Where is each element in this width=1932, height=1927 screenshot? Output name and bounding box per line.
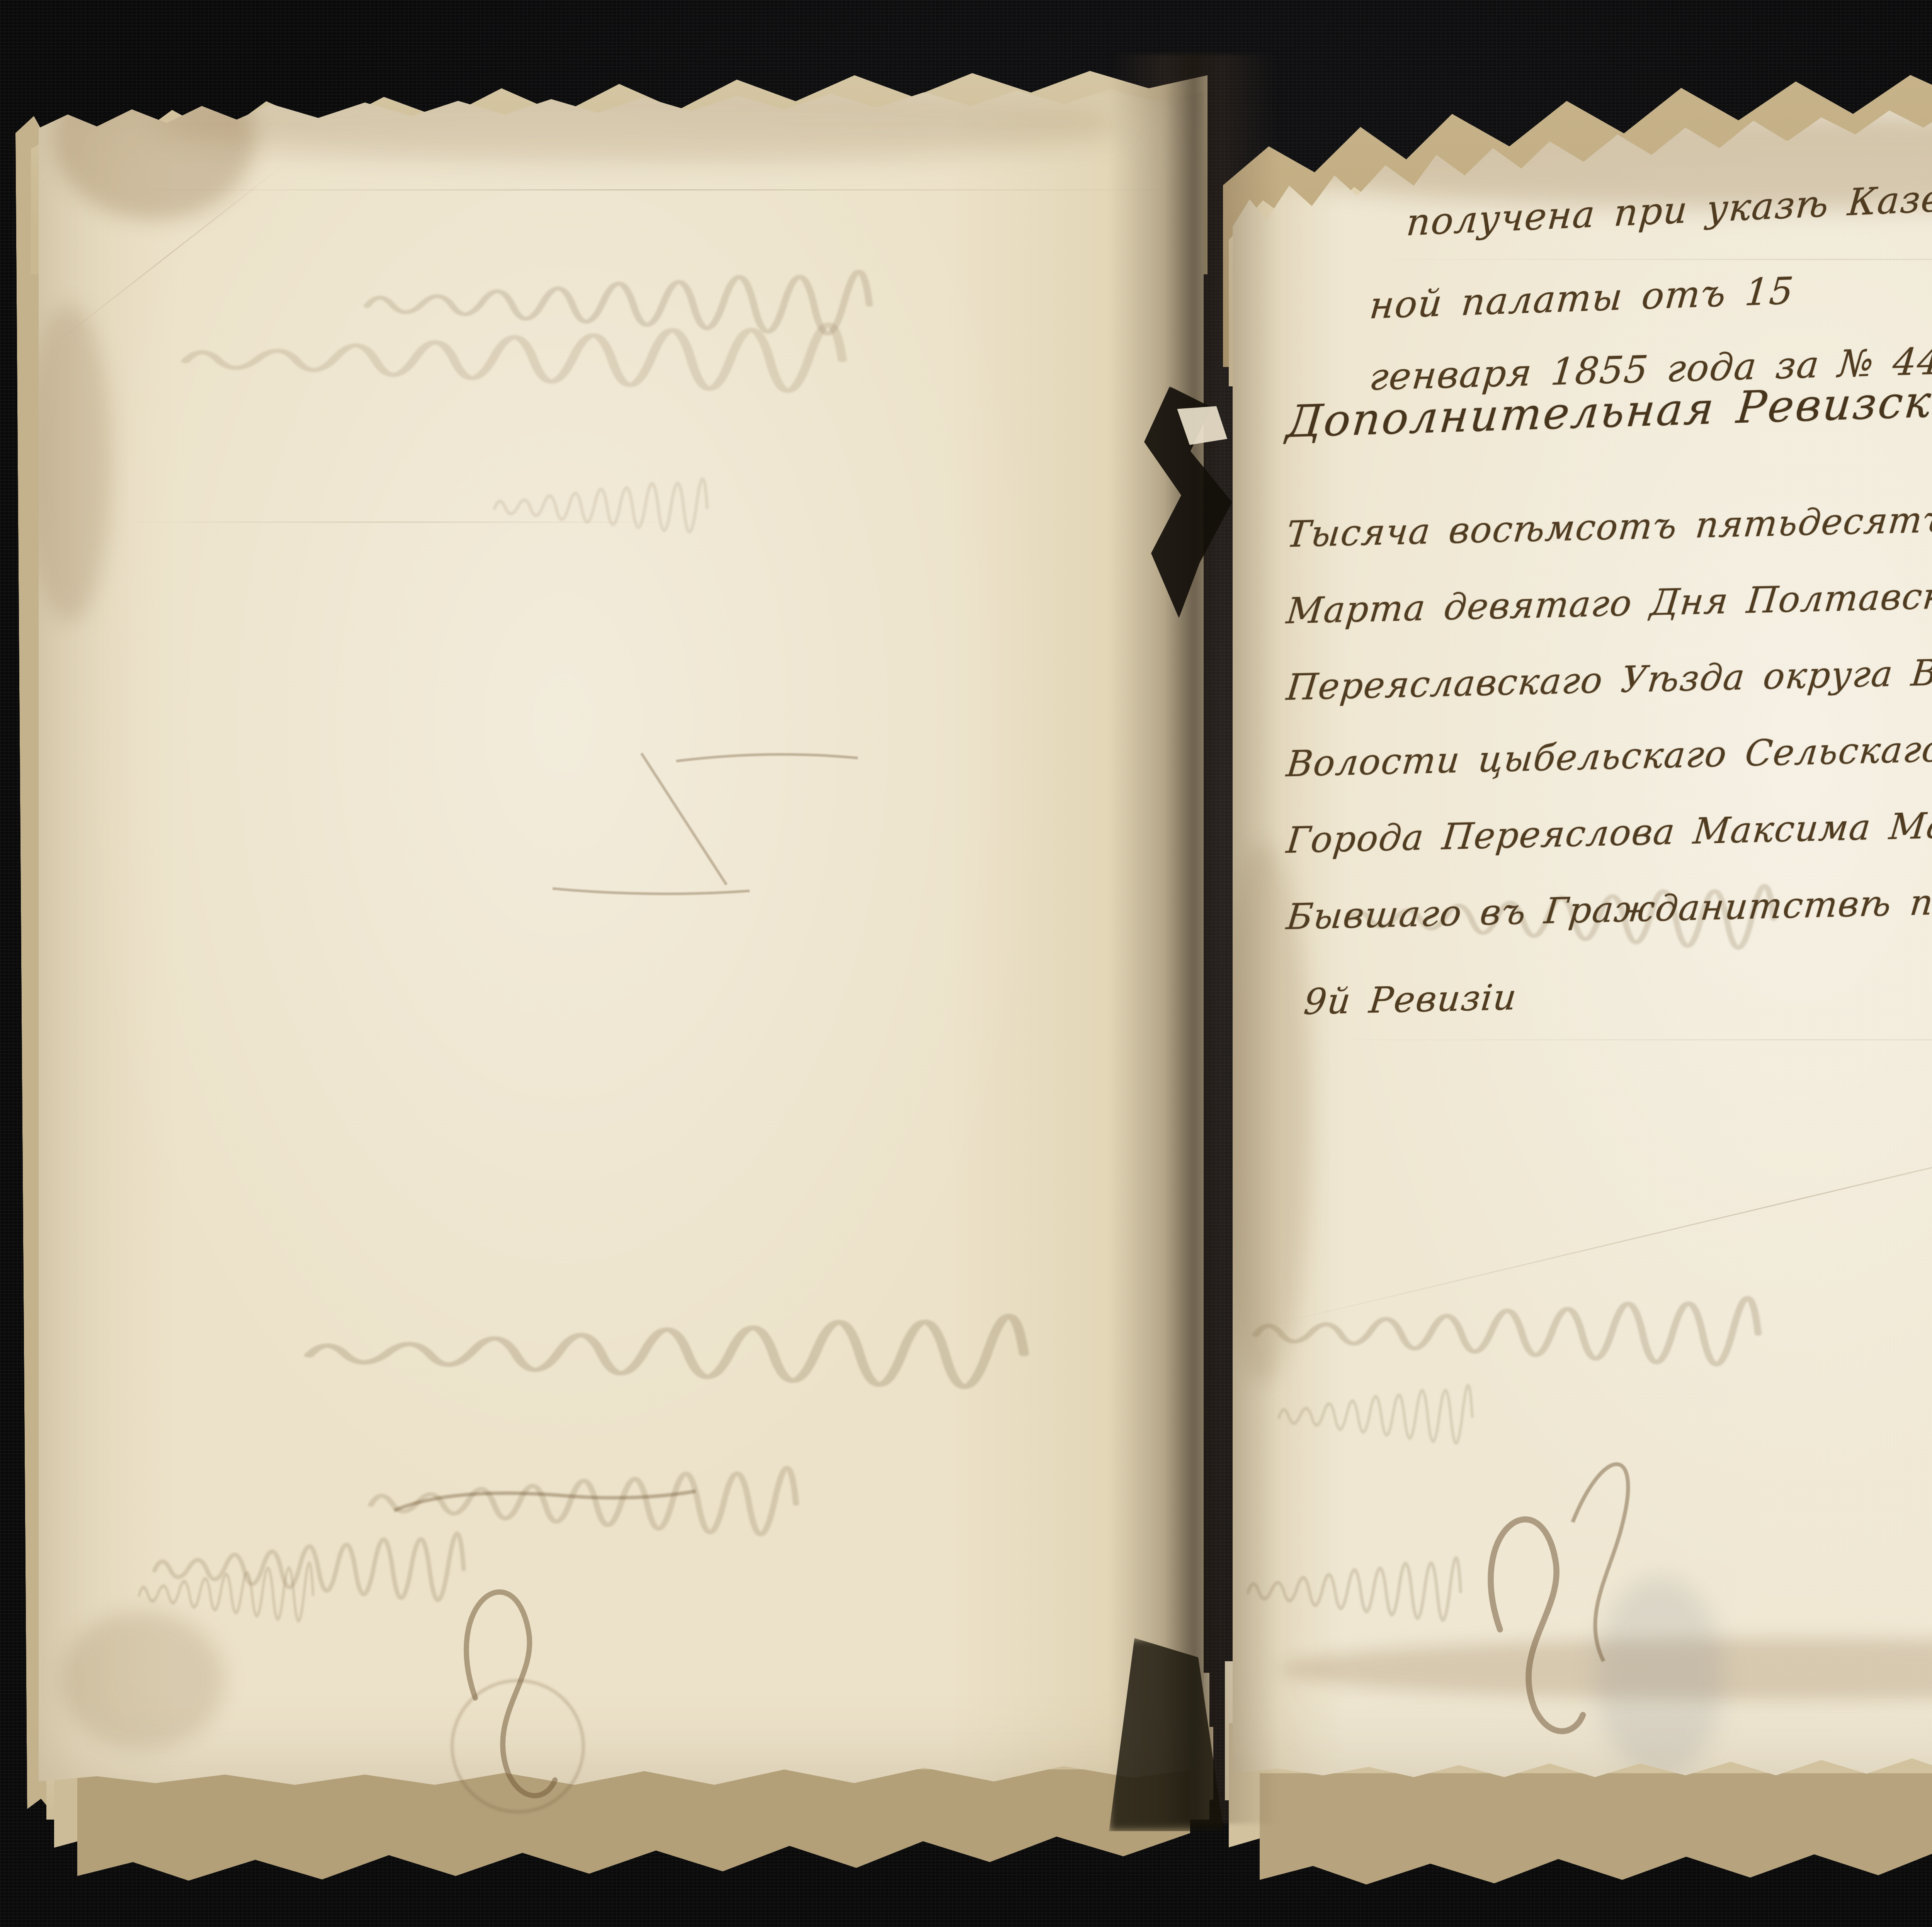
body-line-7: 9й Ревизіи	[1304, 977, 1517, 1023]
left-page-bottom-stack-3	[77, 1769, 1190, 1885]
archival-scan: 202	[0, 0, 1932, 1927]
left-page-bleedthrough	[39, 73, 1204, 1785]
gutter-shadow	[1109, 54, 1279, 1823]
body-text-7: 9й Ревизіи	[1302, 976, 1519, 1023]
right-page-bottom-stack-3	[1260, 1773, 1932, 1889]
